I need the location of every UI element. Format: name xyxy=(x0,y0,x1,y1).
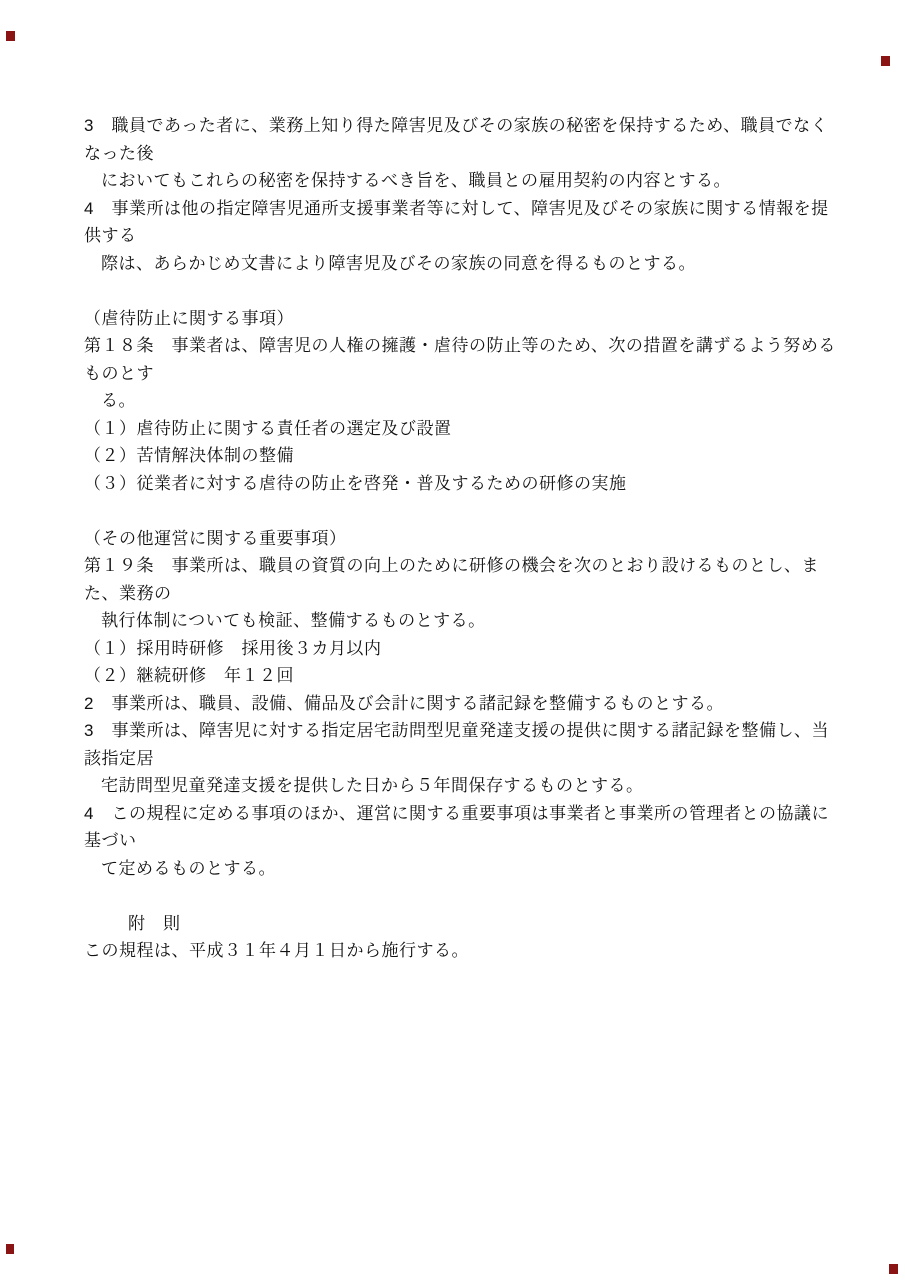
document-line: 第１９条 事業所は、職員の資質の向上のために研修の機会を次のとおり設けるものとし… xyxy=(84,552,841,607)
supplementary-provisions-heading: 附 則 xyxy=(84,910,841,938)
document-line: （１）採用時研修 採用後３カ月以内 xyxy=(84,635,841,663)
document-line: 4 事業所は他の指定障害児通所支援事業者等に対して、障害児及びその家族に関する情… xyxy=(84,195,841,250)
document-line: （１）虐待防止に関する責任者の選定及び設置 xyxy=(84,415,841,443)
blank-line xyxy=(84,277,841,305)
document-line: 4 この規程に定める事項のほか、運営に関する重要事項は事業者と事業所の管理者との… xyxy=(84,800,841,855)
document-line: て定めるものとする。 xyxy=(84,855,841,883)
document-line: 3 職員であった者に、業務上知り得た障害児及びその家族の秘密を保持するため、職員… xyxy=(84,112,841,167)
document-line: （３）従業者に対する虐待の防止を啓発・普及するための研修の実施 xyxy=(84,470,841,498)
document-line: る。 xyxy=(84,387,841,415)
blank-line xyxy=(84,497,841,525)
corner-registration-mark-bottom-left xyxy=(6,1244,14,1254)
document-line: （２）継続研修 年１２回 xyxy=(84,662,841,690)
document-line: においてもこれらの秘密を保持するべき旨を、職員との雇用契約の内容とする。 xyxy=(84,167,841,195)
document-text-block: 3 職員であった者に、業務上知り得た障害児及びその家族の秘密を保持するため、職員… xyxy=(84,112,841,965)
section-heading: （その他運営に関する重要事項） xyxy=(84,525,841,553)
corner-registration-mark-bottom-right xyxy=(889,1264,898,1274)
document-line: 執行体制についても検証、整備するものとする。 xyxy=(84,607,841,635)
section-heading: （虐待防止に関する事項） xyxy=(84,305,841,333)
document-line: 宅訪問型児童発達支援を提供した日から５年間保存するものとする。 xyxy=(84,772,841,800)
document-line: 2 事業所は、職員、設備、備品及び会計に関する諸記録を整備するものとする。 xyxy=(84,690,841,718)
document-line: 第１８条 事業者は、障害児の人権の擁護・虐待の防止等のため、次の措置を講ずるよう… xyxy=(84,332,841,387)
document-line: 際は、あらかじめ文書により障害児及びその家族の同意を得るものとする。 xyxy=(84,250,841,278)
document-line: この規程は、平成３１年４月１日から施行する。 xyxy=(84,937,841,965)
corner-registration-mark-top-right xyxy=(881,56,890,66)
blank-line xyxy=(84,882,841,910)
document-line: 3 事業所は、障害児に対する指定居宅訪問型児童発達支援の提供に関する諸記録を整備… xyxy=(84,717,841,772)
document-page: 3 職員であった者に、業務上知り得た障害児及びその家族の秘密を保持するため、職員… xyxy=(0,0,905,1280)
corner-registration-mark-top-left xyxy=(6,31,15,41)
document-line: （２）苦情解決体制の整備 xyxy=(84,442,841,470)
